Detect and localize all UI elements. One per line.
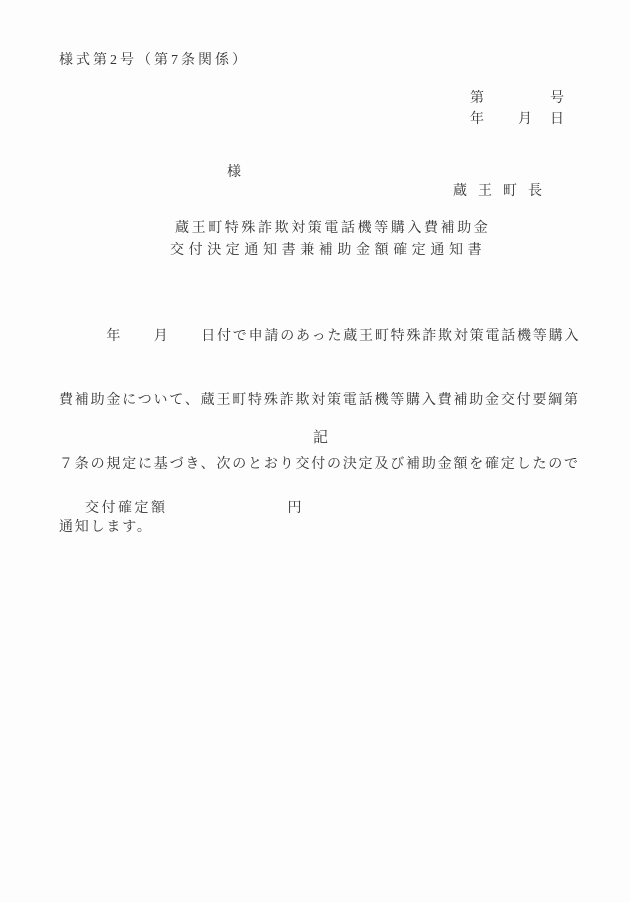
body-line: ７条の規定に基づき、次のとおり交付の決定及び補助金額を確定したので bbox=[59, 449, 584, 481]
recipient-line: 様 bbox=[60, 149, 243, 197]
body-line: 費補助金について、蔵王町特殊詐欺対策電話機等購入費補助金交付要綱第 bbox=[59, 385, 584, 417]
document-date-line: 年 月 日 bbox=[470, 112, 566, 128]
document-page: 様式第2号（第7条関係） 第 号 年 月 日 様 蔵王町長 蔵王町特殊詐欺対策電… bbox=[0, 0, 630, 903]
amount-label: 交付確定額 bbox=[85, 501, 168, 516]
document-number-line: 第 号 bbox=[470, 91, 566, 107]
form-number-note: 様式第2号（第7条関係） bbox=[59, 53, 249, 69]
document-title-line2: 交付決定通知書兼補助金額確定通知書 bbox=[170, 243, 486, 259]
amount-unit: 円 bbox=[288, 501, 305, 516]
amount-row: 交付確定額円 bbox=[61, 485, 304, 533]
sender-name: 蔵王町長 bbox=[453, 184, 553, 200]
recipient-name-blank bbox=[82, 175, 227, 176]
document-title-line1: 蔵王町特殊詐欺対策電話機等購入費補助金 bbox=[175, 221, 490, 237]
amount-value-blank bbox=[168, 511, 288, 512]
recipient-honorific: 様 bbox=[227, 165, 243, 180]
body-line: 年 月 日付で申請のあった蔵王町特殊詐欺対策電話機等購入 bbox=[59, 321, 584, 353]
ki-marker: 記 bbox=[313, 430, 328, 447]
